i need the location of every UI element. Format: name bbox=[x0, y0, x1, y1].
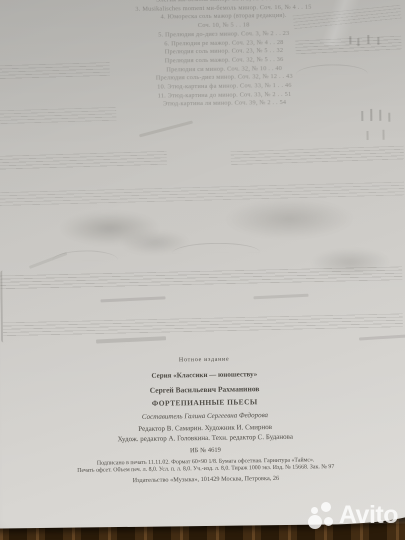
ghost-beam bbox=[96, 336, 166, 343]
ghost-beam bbox=[139, 121, 193, 137]
ink-smudge bbox=[224, 198, 354, 240]
avito-watermark: Avito bbox=[308, 502, 398, 529]
avito-logo-circle bbox=[308, 515, 322, 529]
avito-logo-circle bbox=[324, 517, 333, 526]
ghost-beam bbox=[253, 294, 308, 300]
ghost-stave bbox=[231, 146, 404, 165]
avito-logo-circle bbox=[321, 502, 331, 512]
book-title: ФОРТЕПИАННЫЕ ПЬЕСЫ bbox=[0, 395, 405, 410]
ghost-note-mark bbox=[377, 37, 379, 45]
ghost-note-mark bbox=[361, 111, 363, 121]
ghost-stave bbox=[3, 313, 403, 336]
avito-logo-circle bbox=[311, 507, 318, 514]
photo-frame: Элегия ми-бемоль минор. Соч. 3, № 1 . . … bbox=[0, 0, 405, 540]
avito-watermark-text: Avito bbox=[339, 503, 398, 528]
book-page: Элегия ми-бемоль минор. Соч. 3, № 1 . . … bbox=[0, 0, 405, 529]
ghost-note-mark bbox=[367, 35, 369, 44]
ghost-brace bbox=[0, 270, 6, 342]
ghost-beam bbox=[359, 334, 405, 341]
ghost-note-mark bbox=[349, 36, 351, 44]
ghost-stave bbox=[0, 107, 116, 124]
series-title: Серия «Классики — юношеству» bbox=[0, 368, 405, 382]
ghost-note-mark bbox=[370, 109, 372, 121]
ghost-note-mark bbox=[382, 130, 384, 140]
ghost-note-mark bbox=[357, 38, 359, 46]
ghost-note-mark bbox=[379, 110, 381, 121]
ghost-note-mark bbox=[388, 113, 390, 122]
ghost-slur bbox=[52, 250, 118, 261]
ghost-stave bbox=[0, 182, 404, 206]
ghost-note-mark bbox=[366, 131, 368, 140]
colophon: Нотное издание Серия «Классики — юношест… bbox=[0, 354, 405, 487]
author-name: Сергей Васильевич Рахманинов bbox=[0, 382, 405, 397]
ghost-stave bbox=[0, 151, 167, 169]
ghost-beam bbox=[100, 296, 165, 302]
ib-number: ИБ № 4619 bbox=[0, 443, 405, 456]
avito-logo-icon bbox=[308, 502, 335, 529]
